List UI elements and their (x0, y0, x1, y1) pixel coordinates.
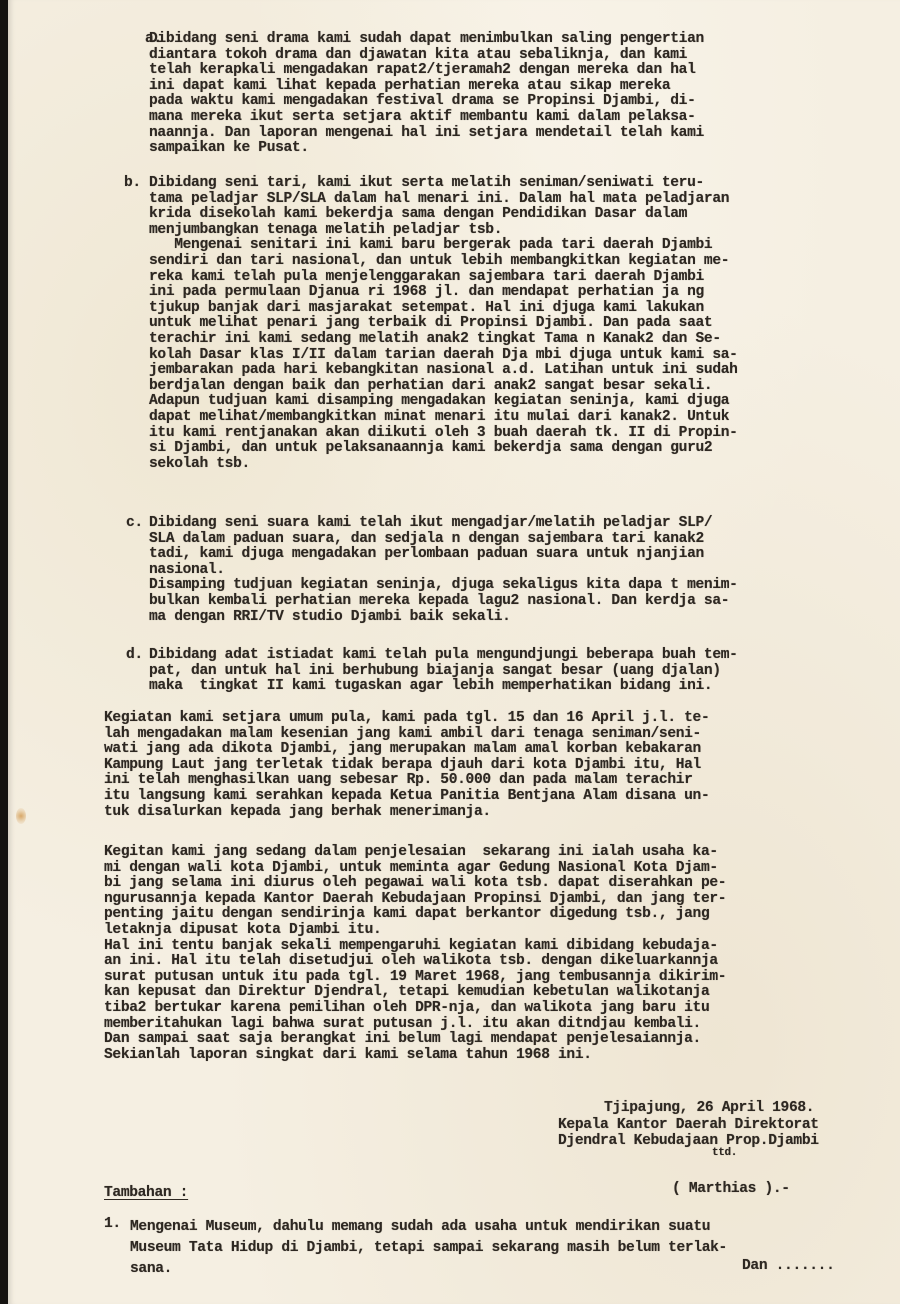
text-line: telah kerapkali mengadakan rapat2/tjeram… (149, 63, 704, 79)
text-line: Museum Tata Hidup di Djambi, tetapi samp… (130, 1238, 727, 1259)
text-line: kolah Dasar klas I/II dalam tarian daera… (149, 348, 738, 364)
text-line: surat putusan untuk itu pada tgl. 19 Mar… (104, 970, 726, 986)
addendum-item-1-marker: 1. (104, 1217, 121, 1233)
text-line: ini telah menghasilkan uang sebesar Rp. … (104, 773, 709, 789)
text-line: an ini. Hal itu telah disetudjui oleh wa… (104, 954, 726, 970)
signature-title-line1: Kepala Kantor Daerah Direktorat (558, 1118, 819, 1134)
text-line: itu kami rentjanakan akan diikuti oleh 3… (149, 426, 738, 442)
text-line: terachir ini kami sedang melatih anak2 t… (149, 332, 738, 348)
text-line: untuk melihat penari jang terbaik di Pro… (149, 316, 738, 332)
text-line: tjukup banjak dari masjarakat setempat. … (149, 301, 738, 317)
section-b-marker: b. (124, 176, 141, 192)
section-b-text: Dibidang seni tari, kami ikut serta mela… (149, 176, 738, 472)
text-line: Mengenai senitari ini kami baru bergerak… (149, 238, 738, 254)
text-line: ini pada permulaan Djanua ri 1968 jl. da… (149, 285, 738, 301)
text-line: memberitahukan lagi bahwa surat putusan … (104, 1017, 726, 1033)
section-c-text: Dibidang seni suara kami telah ikut meng… (149, 516, 738, 625)
text-line: Dibidang seni suara kami telah ikut meng… (149, 516, 738, 532)
text-line: mi dengan wali kota Djambi, untuk memint… (104, 861, 726, 877)
text-line: reka kami telah pula menjelenggarakan sa… (149, 270, 738, 286)
text-line: sekolah tsb. (149, 457, 738, 473)
document-page: a. Dibidang seni drama kami sudah dapat … (8, 0, 900, 1304)
text-line: si Djambi, dan untuk pelaksanaannja kami… (149, 441, 738, 457)
text-line: sendiri dan tari nasional, dan untuk leb… (149, 254, 738, 270)
text-line: Dan sampai saat saja berangkat ini belum… (104, 1032, 726, 1048)
text-line: bi jang selama ini diurus oleh pegawai w… (104, 876, 726, 892)
text-line: pada waktu kami mengadakan festival dram… (149, 94, 704, 110)
text-line: maka tingkat II kami tugaskan agar lebih… (149, 679, 738, 695)
text-line: Hal ini tentu banjak sekali mempengaruhi… (104, 939, 726, 955)
text-line: Dibidang seni tari, kami ikut serta mela… (149, 176, 738, 192)
text-line: Dibidang adat istiadat kami telah pula m… (149, 648, 738, 664)
signature-title-line2: Djendral Kebudajaan Prop.Djambi (558, 1134, 819, 1150)
text-line: Dibidang seni drama kami sudah dapat men… (149, 32, 704, 48)
text-line: lah mengadakan malam kesenian jang kami … (104, 727, 709, 743)
addendum-heading: Tambahan : (104, 1186, 188, 1202)
general-activity-paragraph: Kegiatan kami setjara umum pula, kami pa… (104, 711, 709, 820)
text-line: ma dengan RRI/TV studio Djambi baik seka… (149, 610, 738, 626)
section-d-text: Dibidang adat istiadat kami telah pula m… (149, 648, 738, 695)
text-line: sampaikan ke Pusat. (149, 141, 704, 157)
text-line: Sekianlah laporan singkat dari kami sela… (104, 1048, 726, 1064)
text-line: mana mereka ikut serta setjara aktif mem… (149, 110, 704, 126)
text-line: kan kepusat dan Direktur Djendral, tetap… (104, 985, 726, 1001)
text-line: pat, dan untuk hal ini berhubung biajanj… (149, 664, 738, 680)
signature-place-date: Tjipajung, 26 April 1968. (604, 1101, 814, 1117)
paper-stain (16, 808, 26, 824)
text-line: SLA dalam paduan suara, dan sedjala n de… (149, 532, 738, 548)
section-d-marker: d. (126, 648, 143, 664)
text-line: diantara tokoh drama dan djawatan kita a… (149, 48, 704, 64)
text-line: berdjalan dengan baik dan perhatian dari… (149, 379, 738, 395)
text-line: penting jaitu dengan sendirinja kami dap… (104, 907, 726, 923)
text-line: tadi, kami djuga mengadakan perlombaan p… (149, 547, 738, 563)
text-line: Kegiatan kami setjara umum pula, kami pa… (104, 711, 709, 727)
text-line: Kegitan kami jang sedang dalam penjelesa… (104, 845, 726, 861)
ongoing-activity-paragraph: Kegitan kami jang sedang dalam penjelesa… (104, 845, 726, 1063)
text-line: krida disekolah kami bekerdja sama denga… (149, 207, 738, 223)
text-line: jembarakan pada hari kebangkitan nasiona… (149, 363, 738, 379)
text-line: naannja. Dan laporan mengenai hal ini se… (149, 126, 704, 142)
text-line: Adapun tudjuan kami disamping mengadakan… (149, 394, 738, 410)
text-line: Mengenai Museum, dahulu memang sudah ada… (130, 1217, 727, 1238)
continuation-mark: Dan ....... (742, 1259, 835, 1275)
text-line: letaknja dipusat kota Djambi itu. (104, 923, 726, 939)
text-line: Disamping tudjuan kegiatan seninja, djug… (149, 578, 738, 594)
text-line: sana. (130, 1259, 727, 1280)
text-line: bulkan kembali perhatian mereka kepada l… (149, 594, 738, 610)
text-line: wati jang ada dikota Djambi, jang merupa… (104, 742, 709, 758)
text-line: itu langsung kami serahkan kepada Ketua … (104, 789, 709, 805)
text-line: tuk disalurkan kepada jang berhak meneri… (104, 805, 709, 821)
text-line: dapat melihat/membangkitkan minat menari… (149, 410, 738, 426)
signatory-name: ( Marthias ).- (672, 1182, 790, 1198)
signature-ttd: ttd. (712, 1146, 737, 1162)
text-line: tiba2 bertukar karena pemilihan oleh DPR… (104, 1001, 726, 1017)
text-line: tama peladjar SLP/SLA dalam hal menari i… (149, 192, 738, 208)
section-c-marker: c. (126, 516, 143, 532)
section-a-text: Dibidang seni drama kami sudah dapat men… (149, 32, 704, 157)
addendum-item-1-text: Mengenai Museum, dahulu memang sudah ada… (130, 1217, 727, 1280)
